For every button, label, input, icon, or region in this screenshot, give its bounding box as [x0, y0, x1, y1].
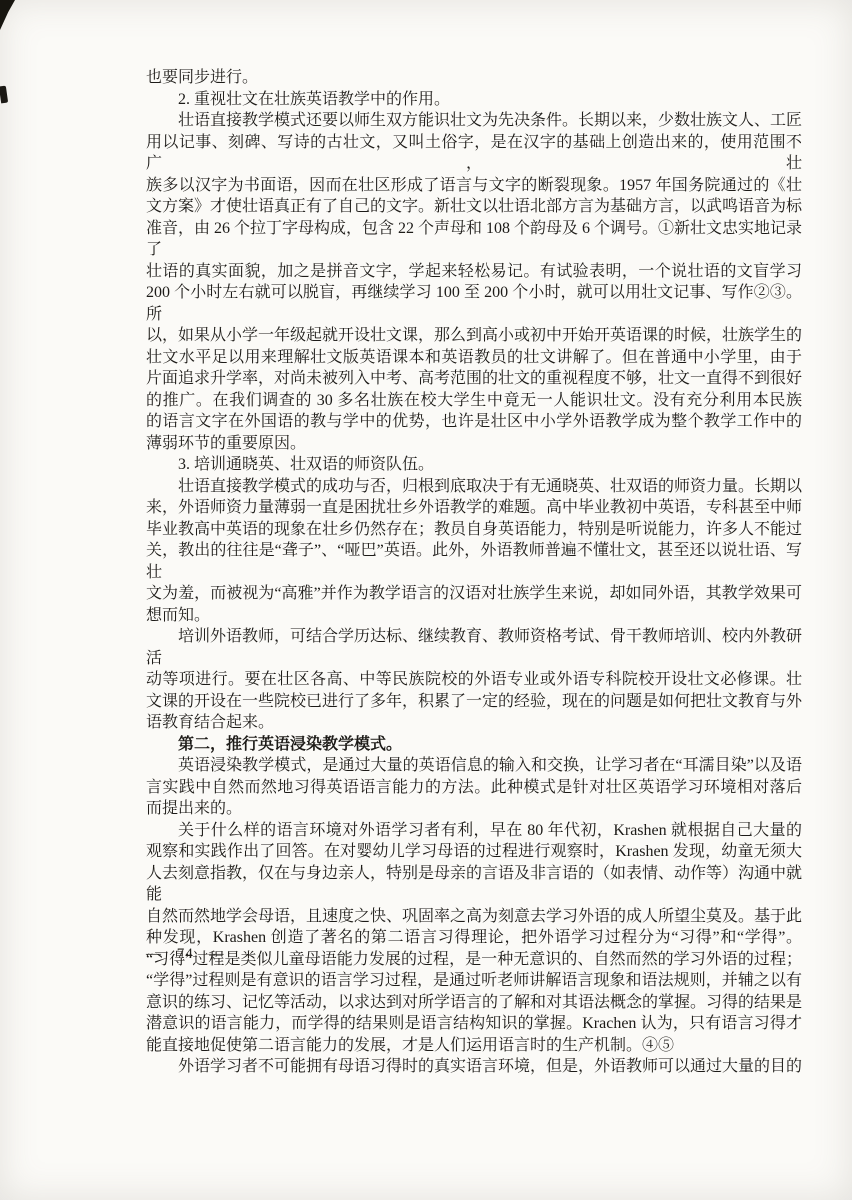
text-line: 文课的开设在一些院校已进行了多年，积累了一定的经验，现在的问题是如何把壮文教育与… — [146, 691, 802, 713]
text-line: 想而知。 — [146, 605, 802, 627]
text-line: 的语言文字在外国语的教与学中的优势，也许是壮区中小学外语教学成为整个教学工作中的 — [146, 411, 802, 433]
text-line: 片面追求升学率，对尚未被列入中考、高考范围的壮文的重视程度不够，壮文一直得不到很… — [146, 368, 802, 390]
text-line: 200 个小时左右就可以脱盲，再继续学习 100 至 200 个小时，就可以用壮… — [146, 282, 802, 325]
text-line: 语教育结合起来。 — [146, 712, 802, 734]
text-line: 能直接地促使第二语言能力的发展，才是人们运用语言时的生产机制。④⑤ — [146, 1035, 802, 1057]
document-text: 也要同步进行。2. 重视壮文在壮族英语教学中的作用。壮语直接教学模式还要以师生双… — [146, 67, 802, 1078]
text-line: 文为羞，而被视为“高雅”并作为教学语言的汉语对壮族学生来说，却如同外语，其教学效… — [146, 583, 802, 605]
text-line: “习得”过程是类似儿童母语能力发展的过程，是一种无意识的、自然而然的学习外语的过… — [146, 949, 802, 971]
text-line: 培训外语教师，可结合学历达标、继续教育、教师资格考试、骨干教师培训、校内外教研活 — [146, 626, 802, 669]
text-line: 以，如果从小学一年级起就开设壮文课，那么到高小或初中开始开英语课的时候，壮族学生… — [146, 325, 802, 347]
scan-artifact-corner-mark — [0, 0, 15, 30]
text-line: 潜意识的语言能力，而学得的结果则是语言结构知识的掌握。Krachen 认为，只有… — [146, 1013, 802, 1035]
text-line: 也要同步进行。 — [146, 67, 802, 89]
scan-artifact-edge-mark — [0, 86, 8, 104]
text-line: 意识的练习、记忆等活动，以求达到对所学语言的了解和对其语法概念的掌握。习得的结果… — [146, 992, 802, 1014]
text-line: “学得”过程则是有意识的语言学习过程，是通过听老师讲解语言现象和语法规则，并辅之… — [146, 970, 802, 992]
text-line: 动等项进行。要在壮区各高、中等民族院校的外语专业或外语专科院校开设壮文必修课。壮 — [146, 669, 802, 691]
text-line: 壮语的真实面貌，加之是拼音文字，学起来轻松易记。有试验表明，一个说壮语的文盲学习 — [146, 261, 802, 283]
text-line: 关，教出的往往是“聋子”、“哑巴”英语。此外，外语教师普遍不懂壮文，甚至还以说壮… — [146, 540, 802, 583]
text-line: 壮语直接教学模式的成功与否，归根到底取决于有无通晓英、壮双语的师资力量。长期以 — [146, 476, 802, 498]
text-line: 第二，推行英语浸染教学模式。 — [146, 734, 802, 756]
page-number: — 74 — — [146, 946, 225, 963]
text-line: 而提出来的。 — [146, 798, 802, 820]
text-line: 3. 培训通晓英、壮双语的师资队伍。 — [146, 454, 802, 476]
text-line: 壮文水平足以用来理解壮文版英语课本和英语教员的壮文讲解了。但在普通中小学里，由于 — [146, 347, 802, 369]
text-line: 来，外语师资力量薄弱一直是困扰壮乡外语教学的难题。高中毕业教初中英语，专科甚至中… — [146, 497, 802, 519]
scanned-page: 也要同步进行。2. 重视壮文在壮族英语教学中的作用。壮语直接教学模式还要以师生双… — [0, 0, 852, 1200]
text-line: 自然而然地学会母语，且速度之快、巩固率之高为刻意去学习外语的成人所望尘莫及。基于… — [146, 906, 802, 928]
text-line: 英语浸染教学模式，是通过大量的英语信息的输入和交换，让学习者在“耳濡目染”以及语 — [146, 755, 802, 777]
text-line: 关于什么样的语言环境对外语学习者有利，早在 80 年代初，Krashen 就根据… — [146, 820, 802, 842]
text-line: 薄弱环节的重要原因。 — [146, 433, 802, 455]
text-line: 言实践中自然而然地习得英语语言能力的方法。此种模式是针对壮区英语学习环境相对落后 — [146, 777, 802, 799]
text-line: 族多以汉字为书面语，因而在壮区形成了语言与文字的断裂现象。1957 年国务院通过… — [146, 175, 802, 197]
text-line: 2. 重视壮文在壮族英语教学中的作用。 — [146, 89, 802, 111]
text-line: 准音，由 26 个拉丁字母构成，包含 22 个声母和 108 个韵母及 6 个调… — [146, 218, 802, 261]
text-line: 种发现，Krashen 创造了著名的第二语言习得理论，把外语学习过程分为“习得”… — [146, 927, 802, 949]
text-line: 毕业教高中英语的现象在壮乡仍然存在；教员自身英语能力，特别是听说能力，许多人不能… — [146, 519, 802, 541]
text-line: 文方案》才使壮语真正有了自己的文字。新壮文以壮语北部方言为基础方言，以武鸣语音为… — [146, 196, 802, 218]
text-line: 外语学习者不可能拥有母语习得时的真实语言环境，但是，外语教师可以通过大量的目的 — [146, 1056, 802, 1078]
text-line: 壮语直接教学模式还要以师生双方能识壮文为先决条件。长期以来，少数壮族文人、工匠 — [146, 110, 802, 132]
text-line: 观察和实践作出了回答。在对婴幼儿学习母语的过程进行观察时，Krashen 发现，… — [146, 841, 802, 863]
text-line: 人去刻意指教，仅在与身边亲人，特别是母亲的言语及非言语的（如表情、动作等）沟通中… — [146, 863, 802, 906]
text-line: 用以记事、刻碑、写诗的古壮文，又叫土俗字，是在汉字的基础上创造出来的，使用范围不… — [146, 132, 802, 175]
text-line: 的推广。在我们调查的 30 多名壮族在校大学生中竟无一人能识壮文。没有充分利用本… — [146, 390, 802, 412]
